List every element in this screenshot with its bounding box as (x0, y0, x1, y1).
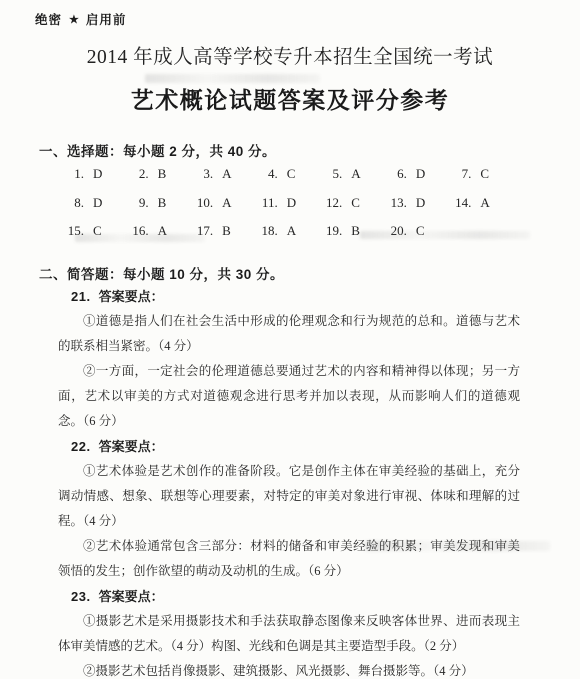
answer-paragraph: ①艺术体验是艺术创作的准备阶段。它是创作主体在审美经验的基础上，充分调动情感、想… (58, 459, 520, 534)
answer-item: 1. D (62, 160, 127, 189)
answer-number: 7. (449, 160, 471, 189)
short-answer-section-heading: 二、简答题：每小题 10 分，共 30 分。 (39, 263, 284, 283)
answer-number: 13. (385, 189, 407, 218)
question-label: 答案要点： (99, 439, 164, 454)
star-icon: ★ (69, 13, 79, 26)
answer-item: 5. A (320, 160, 385, 189)
question-label: 答案要点： (99, 289, 164, 304)
answer-number: 10. (191, 189, 213, 218)
question-number: 22. (71, 439, 91, 454)
answer-number: 20. (385, 217, 407, 246)
answer-letter: A (222, 160, 231, 189)
answer-item: 19. B (320, 217, 385, 246)
answer-letter: C (287, 160, 296, 189)
answer-item: 20. C (385, 217, 450, 246)
answer-paragraph: ②一方面，一定社会的伦理道德总要通过艺术的内容和精神得以体现；另一方面，艺术以审… (58, 359, 520, 434)
answer-number: 5. (320, 160, 342, 189)
answer-item: 12. C (320, 189, 385, 218)
answer-letter: D (416, 189, 425, 218)
answer-number: 18. (256, 217, 278, 246)
answer-paragraph: ②摄影艺术包括肖像摄影、建筑摄影、风光摄影、舞台摄影等。（4 分） (58, 659, 520, 679)
answer-letter: D (93, 189, 102, 218)
answer-item: 15. C (62, 217, 127, 246)
answer-item: 8. D (62, 189, 127, 218)
answer-number: 16. (127, 217, 149, 246)
question-label: 答案要点： (99, 589, 164, 604)
answer-item: 18. A (256, 217, 321, 246)
answer-number: 15. (62, 217, 84, 246)
answer-number: 8. (62, 189, 84, 218)
short-answer-body: 21.答案要点： ①道德是指人们在社会生活中形成的伦理观念和行为规范的总和。道德… (58, 284, 520, 679)
question-number: 23. (71, 589, 91, 604)
answer-number: 19. (320, 217, 342, 246)
answer-letter: A (351, 160, 360, 189)
answer-letter: C (480, 160, 489, 189)
secrecy-line: 绝密 ★ 启用前 (35, 10, 126, 28)
answer-letter: A (287, 217, 296, 246)
choice-section-heading: 一、选择题：每小题 2 分，共 40 分。 (39, 140, 276, 160)
question-number: 21. (71, 289, 91, 304)
choice-answers-grid: 1. D 2. B 3. A 4. C 5. A (62, 160, 514, 246)
scanned-answer-key-page: 绝密 ★ 启用前 2014 年成人高等学校专升本招生全国统一考试 艺术概论试题答… (0, 0, 580, 679)
exam-title: 2014 年成人高等学校专升本招生全国统一考试 (0, 41, 580, 69)
answer-item: 11. D (256, 189, 321, 218)
answer-paragraph: ①摄影艺术是采用摄影技术和手法获取静态图像来反映客体世界、进而表现主体审美情感的… (58, 609, 520, 659)
answer-letter: B (351, 217, 360, 246)
answer-letter: C (93, 217, 102, 246)
answer-item: 6. D (385, 160, 450, 189)
answer-number: 2. (127, 160, 149, 189)
question-block-21: 21.答案要点： ①道德是指人们在社会生活中形成的伦理观念和行为规范的总和。道德… (58, 284, 520, 434)
answer-item: 9. B (127, 189, 192, 218)
answer-item: 4. C (256, 160, 321, 189)
answer-item: 3. A (191, 160, 256, 189)
answer-paragraph: ①道德是指人们在社会生活中形成的伦理观念和行为规范的总和。道德与艺术的联系相当紧… (58, 309, 520, 359)
question-block-23: 23.答案要点： ①摄影艺术是采用摄影技术和手法获取静态图像来反映客体世界、进而… (58, 584, 520, 679)
answer-letter: D (93, 160, 102, 189)
usage-note-label: 启用前 (86, 10, 127, 28)
answer-number: 17. (191, 217, 213, 246)
question-label-line: 21.答案要点： (58, 284, 520, 309)
question-label-line: 23.答案要点： (58, 584, 520, 609)
answer-number: 6. (385, 160, 407, 189)
answer-item: 17. B (191, 217, 256, 246)
answer-paragraphs: ①摄影艺术是采用摄影技术和手法获取静态图像来反映客体世界、进而表现主体审美情感的… (58, 609, 520, 679)
answer-item: 14. A (449, 189, 514, 218)
answer-letter: D (416, 160, 425, 189)
answer-item: 13. D (385, 189, 450, 218)
answer-letter: C (351, 189, 360, 218)
answer-letter: B (158, 189, 167, 218)
answer-item: 16. A (127, 217, 192, 246)
answer-letter: B (222, 217, 231, 246)
answer-number: 14. (449, 189, 471, 218)
answer-number: 1. (62, 160, 84, 189)
paper-title: 艺术概论试题答案及评分参考 (0, 82, 580, 115)
answer-number: 11. (256, 189, 278, 218)
answer-number: 9. (127, 189, 149, 218)
answer-item: 7. C (449, 160, 514, 189)
answer-item: 2. B (127, 160, 192, 189)
answer-number: 4. (256, 160, 278, 189)
answer-paragraphs: ①艺术体验是艺术创作的准备阶段。它是创作主体在审美经验的基础上，充分调动情感、想… (58, 459, 520, 584)
question-block-22: 22.答案要点： ①艺术体验是艺术创作的准备阶段。它是创作主体在审美经验的基础上… (58, 434, 520, 584)
answer-paragraphs: ①道德是指人们在社会生活中形成的伦理观念和行为规范的总和。道德与艺术的联系相当紧… (58, 309, 520, 434)
answer-paragraph: ②艺术体验通常包含三部分：材料的储备和审美经验的积累；审美发现和审美领悟的发生；… (58, 534, 520, 584)
answer-number: 3. (191, 160, 213, 189)
answer-item: 10. A (191, 189, 256, 218)
answer-letter: D (287, 189, 296, 218)
answer-letter: B (158, 160, 167, 189)
answer-letter: C (416, 217, 425, 246)
classification-label: 绝密 (35, 10, 62, 28)
answer-letter: A (222, 189, 231, 218)
question-label-line: 22.答案要点： (58, 434, 520, 459)
answer-number: 12. (320, 189, 342, 218)
answer-letter: A (480, 189, 489, 218)
answer-letter: A (158, 217, 167, 246)
